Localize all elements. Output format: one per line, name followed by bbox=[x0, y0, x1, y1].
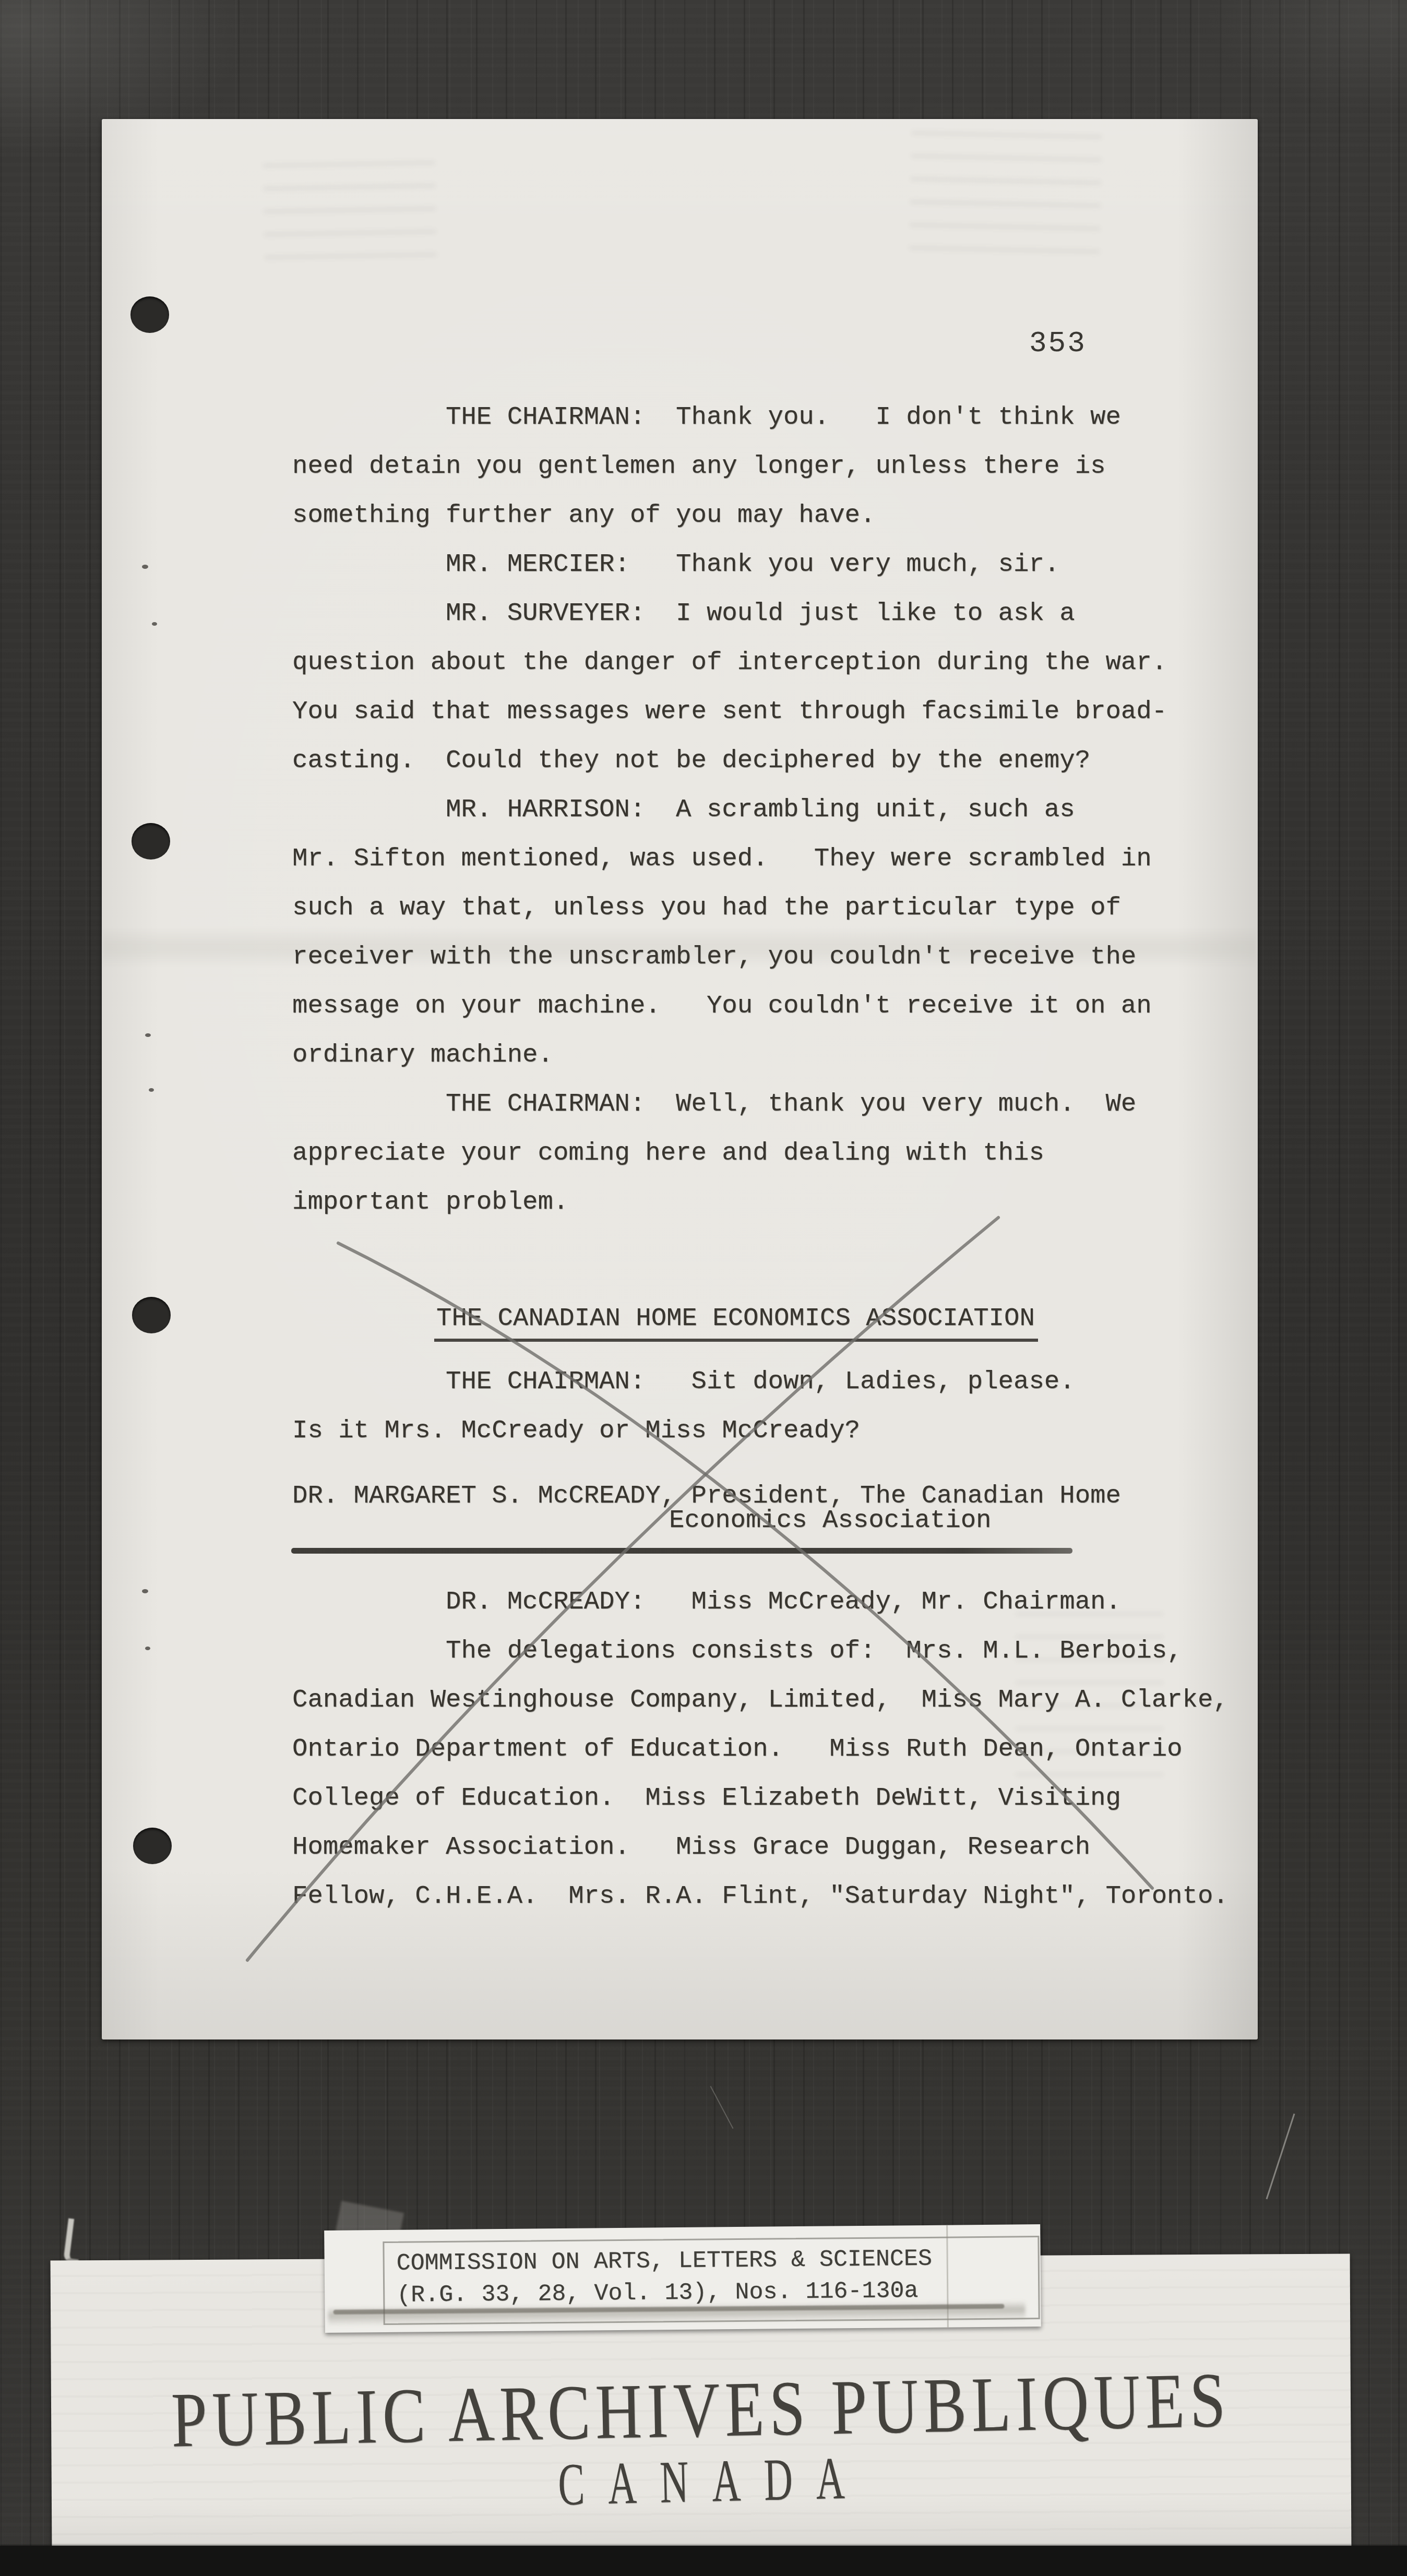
label-text: COMMISSION ON ARTS, LETTERS & SCIENCES (… bbox=[396, 2243, 932, 2311]
cancellation-line bbox=[338, 1243, 1152, 1888]
cancellation-x-mark bbox=[0, 0, 1407, 2576]
label-line: COMMISSION ON ARTS, LETTERS & SCIENCES bbox=[396, 2243, 932, 2280]
cancellation-line bbox=[247, 1218, 998, 1960]
archive-reference-label: COMMISSION ON ARTS, LETTERS & SCIENCES (… bbox=[324, 2224, 1041, 2333]
archival-photo-mount: 353 THE CHAIRMAN: Thank you. I don't thi… bbox=[0, 0, 1407, 2576]
film-edge-band bbox=[0, 2546, 1407, 2576]
